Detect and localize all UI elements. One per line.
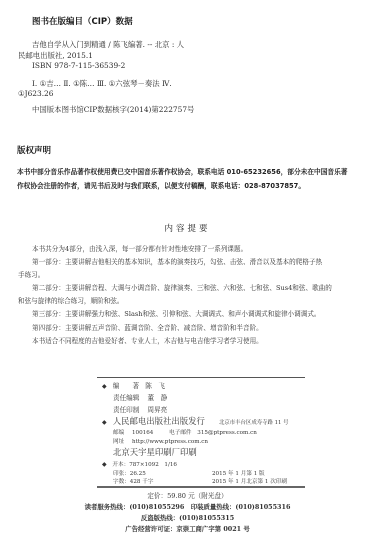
bullet-diamond-icon: ◆	[102, 419, 107, 426]
website-row: 网址 http://www.ptpress.com.cn	[113, 437, 208, 445]
price: 定价：59.80 元（附光盘）	[0, 490, 375, 500]
email-label: 电子邮件	[169, 430, 191, 436]
colophon-bottom-rule	[97, 486, 305, 488]
website-value: http://www.ptpress.com.cn	[132, 439, 208, 445]
reader-hotline: 读者服务热线：(010)81055296 印装质量热线：(010)8105531…	[0, 502, 375, 511]
cip-line-1: 吉他自学从入门到精通 / 陈飞编著. -- 北京 : 人	[32, 39, 184, 50]
words-value: 字数：428 千字	[113, 477, 153, 485]
summary-line: 本书共分为4部分，由浅入深，每一部分都有针对性地安排了一系列课题。	[32, 243, 247, 253]
cip-line-2: 民邮电出版社, 2015.1	[18, 50, 93, 61]
print-manager-row: 责任印制 周昇亮	[113, 404, 167, 414]
summary-line: 第一部分：主要讲解吉他相关的基本知识，基本的演奏技巧，勾弦、击弦、滑音以及基本的…	[32, 256, 322, 266]
author-row: ◆ 编 著 陈 飞	[102, 380, 165, 390]
format-row: ◆ 开本：787×1092 1/16	[102, 460, 177, 468]
summary-line: 第四部分：主要讲解五声音阶、蓝调音阶、全音阶、减音阶、增音阶和半音阶。	[32, 322, 263, 332]
editor-row: 责任编辑 董 静	[113, 392, 167, 402]
printer-name: 北京天宇星印刷厂印刷	[113, 446, 197, 458]
publisher-name: 人民邮电出版社出版发行	[113, 416, 205, 426]
colophon-top-rule	[97, 377, 305, 378]
cip-classification: Ⅰ. ①吉… Ⅱ. ①陈… Ⅲ. ①六弦琴－奏法 Ⅳ.	[32, 78, 172, 89]
copyright-line-1: 本书中部分音乐作品著作权使用费已交中国音乐著作权协会，联系电话 010-6523…	[17, 166, 347, 176]
printing-value: 2015 年 1 月北京第 1 次印刷	[212, 477, 287, 485]
ad-license: 广告经营许可证：京崇工商广字第 0021 号	[0, 524, 375, 533]
cip-verification: 中国版本图书馆CIP数据核字(2014)第222757号	[32, 104, 194, 115]
editor-name: 董 静	[147, 394, 167, 402]
cip-title: 图书在版编目（CIP）数据	[32, 15, 133, 27]
postcode-row: 邮编 100164 电子邮件 315@ptpress.com.cn	[113, 428, 257, 436]
summary-line: 本书适合不同程度的吉他爱好者、专业人士，木吉他与电吉他学习者学习使用。	[32, 335, 263, 345]
print-manager-label: 责任印制	[113, 406, 139, 414]
summary-line: 第二部分：主要讲解音程、大调与小调音阶、旋律演奏、三和弦、六和弦、七和弦、Sus…	[32, 282, 332, 292]
author-name: 陈 飞	[145, 382, 165, 390]
email-value: 315@ptpress.com.cn	[197, 430, 257, 436]
publisher-row: ◆ 人民邮电出版社出版发行 北京市丰台区成寿寺路 11 号	[102, 415, 289, 427]
sheets-value: 印张：26.25	[113, 469, 146, 477]
cip-isbn: ISBN 978-7-115-36539-2	[32, 61, 125, 70]
summary-title: 内容提要	[0, 222, 375, 234]
bullet-diamond-icon: ◆	[102, 383, 107, 390]
copyright-line-2: 作权协会注册的作者，请见书后及时与我们联系，以便支付稿酬，联系电话：028-87…	[17, 180, 305, 190]
summary-line: 手练习。	[18, 269, 44, 279]
author-label: 编 著	[113, 382, 139, 390]
publisher-address: 北京市丰台区成寿寺路 11 号	[219, 420, 289, 426]
print-manager-name: 周昇亮	[147, 406, 167, 414]
copyright-title: 版权声明	[17, 144, 51, 156]
bullet-diamond-icon: ◆	[102, 461, 107, 468]
summary-line: 第三部分：主要讲解强力和弦、Slash和弦、引伸和弦、大调调式、和声小调调式和旋…	[32, 308, 321, 318]
format-value: 开本：787×1092 1/16	[112, 462, 177, 468]
cip-classification-number: ①J623.26	[18, 89, 53, 98]
postcode-label: 邮编	[113, 430, 124, 436]
summary-line: 和弦与旋律的综合练习，顺阶和弦。	[18, 295, 124, 305]
postcode-value: 100164	[132, 430, 153, 436]
piracy-hotline: 反盗版热线：(010)81055315	[0, 513, 375, 522]
website-label: 网址	[113, 439, 124, 445]
edition-value: 2015 年 1 月第 1 版	[212, 469, 265, 477]
editor-label: 责任编辑	[113, 394, 139, 402]
